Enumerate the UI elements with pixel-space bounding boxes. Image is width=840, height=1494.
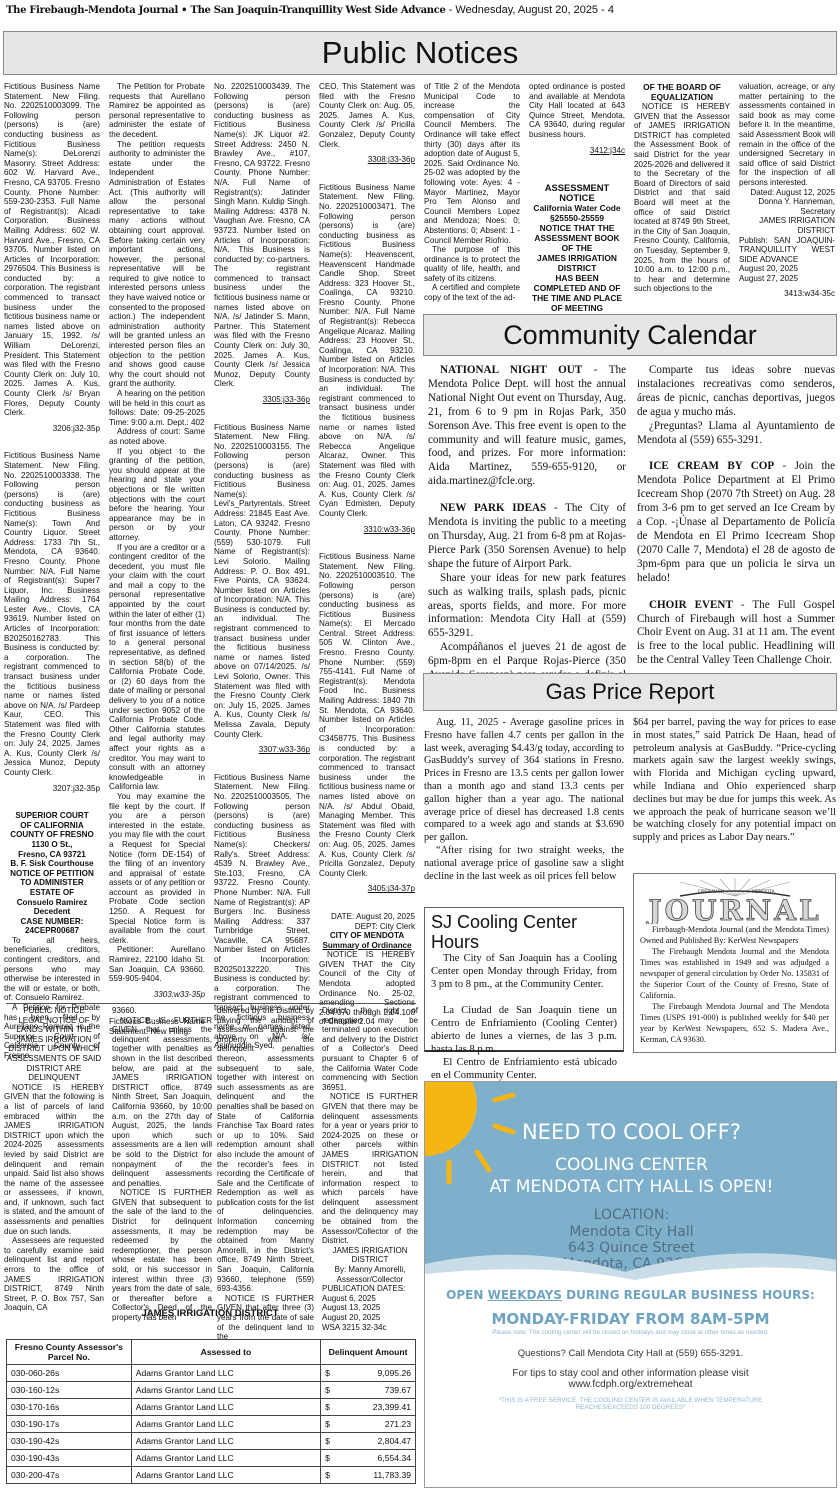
notice-tag: 3310:w33-36p [319, 525, 415, 535]
svg-text:JOURNAL: JOURNAL [645, 894, 821, 924]
notice-tag: 3207:j32-35p [4, 784, 100, 794]
gas-report-text: Aug. 11, 2025 - Average gasoline prices … [424, 717, 624, 845]
ad-note: Please note: The cooling center will be … [425, 1329, 836, 1336]
sj-cooling-text: La Ciudad de San Joaquin tiene un Centro… [431, 1004, 617, 1056]
col-header-amount: Delinquent Amount [321, 1340, 416, 1365]
delinquent-amount: $2,804.47 [321, 1433, 416, 1450]
svg-text:MENDOTA: MENDOTA [752, 889, 775, 895]
gas-report-text: “After rising for two straight weeks, th… [424, 845, 624, 883]
delinquent-amount: $6,554.34 [321, 1450, 416, 1467]
event-ice-cream-by-cop: ICE CREAM BY COP - Join the Mendota Poli… [637, 460, 835, 585]
notice-column-1: Fictitious Business Name Statement. New … [4, 82, 100, 1061]
fbn-delorenzi: Fictitious Business Name Statement. New … [4, 82, 100, 418]
ordinance-text: The purpose of this ordinance is to prot… [424, 245, 520, 283]
assessed-owner: Adams Grantor Land LLC [131, 1382, 320, 1399]
irrigation-column-2: 93660. NOTICE IS FURTHER GIVEN that unle… [112, 1006, 212, 1323]
section-title-gas-price: Gas Price Report [546, 679, 715, 704]
irrigation-text: Assessees are requested to carefully exa… [4, 1236, 104, 1313]
ordinance-text: opted ordinance is posted and available … [529, 82, 625, 140]
probate-text: The petition requests authority to admin… [109, 140, 205, 389]
masthead: The Firebaugh-Mendota Journal • The San … [6, 4, 614, 16]
table-row: 030-060-26s Adams Grantor Land LLC $9,09… [7, 1365, 416, 1382]
fbn-jk-liquor: No. 2202510003439. The Following person … [214, 82, 310, 389]
ad-subhead: AT MENDOTA CITY HALL IS OPEN! [425, 1177, 836, 1197]
paper-names: The Firebaugh-Mendota Journal • The San … [6, 5, 446, 16]
irrigation-text: NOTICE IS FURTHER GIVEN that there may b… [322, 1092, 418, 1246]
event-text: Comparte tus ideas sobre nuevas instalac… [637, 364, 835, 420]
sj-cooling-box: SJ Cooling Center Hours The City of San … [424, 907, 624, 1052]
ad-website-link[interactable]: www.fcdph.org/extremeheat [425, 1379, 836, 1390]
fbn-levis-partyrentals: Fictitious Business Name Statement. New … [214, 423, 310, 740]
fbn-el-mercado: Fictitious Business Name Statement. New … [319, 552, 415, 878]
delinquent-table: Fresno County Assessor's Parcel No. Asse… [6, 1339, 416, 1484]
assessed-owner: Adams Grantor Land LLC [131, 1399, 320, 1416]
notice-column-2: The Petition for Probate requests that A… [109, 82, 205, 1037]
probate-hearing: A hearing on the petition will be held i… [109, 389, 205, 427]
table-row: 030-170-16s Adams Grantor Land LLC $23,3… [7, 1399, 416, 1416]
assessed-owner: Adams Grantor Land LLC [131, 1450, 320, 1467]
gas-price-banner: Gas Price Report [423, 673, 837, 711]
probate-text: If you are a creditor or a contingent cr… [109, 543, 205, 792]
delinquent-amount: $739.67 [321, 1382, 416, 1399]
event-text: ¿Preguntas? Llama al Ayuntamiento de Men… [637, 420, 835, 448]
cooling-center-ad: NEED TO COOL OFF? COOLING CENTER AT MEND… [424, 1081, 837, 1488]
delinquent-amount: $271.23 [321, 1416, 416, 1433]
ad-headline: NEED TO COOL OFF? [425, 1120, 836, 1144]
table-row: 030-160-12s Adams Grantor Land LLC $739.… [7, 1382, 416, 1399]
journal-logo: JOURNAL FIREBAUGH MENDOTA [640, 878, 829, 924]
issue-date-page: - Wednesday, August 20, 2025 - 4 [446, 4, 614, 16]
assessed-owner: Adams Grantor Land LLC [131, 1416, 320, 1433]
irrigation-text: NOTICE IS FURTHER GIVEN that unless the … [112, 1016, 212, 1189]
notice-column-8: valuation, acreage, or any matter pertai… [739, 82, 835, 299]
parcel-number: 030-170-16s [7, 1399, 132, 1416]
board-of-equalization-heading: OF THE BOARD OF EQUALIZATION [634, 82, 730, 102]
ordinance-dept: DEPT: City Clerk [319, 922, 415, 932]
parcel-number: 030-200-47s [7, 1467, 132, 1484]
irrigation-notice-heading: PUBLIC NOTICE LEGAL NOTICE OF LANDS WITH… [4, 1006, 104, 1083]
notice-dated: Dated: August 12, 2025 [739, 188, 835, 198]
spacer [431, 991, 617, 1004]
assessed-owner: Adams Grantor Land LLC [131, 1365, 320, 1382]
delinquent-amount: $23,399.41 [321, 1399, 416, 1416]
irrigation-text: delivered by the District, by paying the… [217, 1006, 314, 1294]
notice-publish: Publish: SAN JOAQUIN-TRANQUILLITY WEST S… [739, 236, 835, 265]
irrigation-text: NOTICE IS HEREBY GIVEN that the followin… [4, 1083, 104, 1237]
notice-column-5: of Title 2 of the Mendota Municipal Code… [424, 82, 520, 303]
probate-p1: To all heirs, beneficiaries, creditors, … [4, 936, 100, 1003]
sj-cooling-text: The City of San Joaquin has a Cooling Ce… [431, 952, 617, 991]
ad-open-weekdays: OPEN WEEKDAYS DURING REGULAR BUSINESS HO… [425, 1288, 836, 1302]
delinquent-table-title: JAMES IRRIGATION DISTRICT [0, 1308, 420, 1319]
ad-footer: REACHES/EXCEEDS 100 DEGREES* [425, 1404, 836, 1411]
fbn-checkers-cont: CEO. This Statement was filed with the F… [319, 82, 415, 149]
notice-pub-date: August 20, 2025 [739, 264, 835, 274]
ad-location: Mendota City Hall [425, 1224, 836, 1240]
probate-text: If you object to the granting of the pet… [109, 447, 205, 543]
fbn-town-country-liquor: Fictitious Business Name Statement. New … [4, 451, 100, 777]
irrigation-column-3: delivered by the District, by paying the… [217, 1006, 314, 1342]
calendar-column-left: NATIONAL NIGHT OUT - The Mendota Police … [428, 364, 626, 697]
col-header-parcel: Fresno County Assessor's Parcel No. [7, 1340, 132, 1365]
ad-tips: For tips to stay cool and other informat… [425, 1368, 836, 1379]
notice-tag: 3308:j33-36p [319, 155, 415, 165]
parcel-number: 030-190-17s [7, 1416, 132, 1433]
notice-column-7: OF THE BOARD OF EQUALIZATION NOTICE IS H… [634, 82, 730, 294]
irrigation-column-4: District, the right of redemption may be… [322, 1006, 418, 1332]
journal-ownership: Firebaugh-Mendota Journal (and the Mendo… [640, 924, 829, 946]
parcel-number: 030-160-12s [7, 1382, 132, 1399]
journal-logo-sunburst-icon: JOURNAL FIREBAUGH MENDOTA [640, 878, 830, 924]
gas-column-left: Aug. 11, 2025 - Average gasoline prices … [424, 717, 624, 883]
notice-tag: 3413:w34-35c [739, 289, 835, 299]
ordinance-text: of Title 2 of the Mendota Municipal Code… [424, 82, 520, 245]
assessment-notice-text: NOTICE IS HEREBY GIVEN that the Assessor… [634, 102, 730, 294]
irrigation-signature: JAMES IRRIGATION DISTRICT By: Manny Amor… [322, 1246, 418, 1284]
notice-tag: 3307:w33-36p [214, 745, 310, 755]
calendar-column-right: Comparte tus ideas sobre nuevas instalac… [637, 364, 835, 668]
table-row: 030-200-47s Adams Grantor Land LLC $11,7… [7, 1467, 416, 1484]
ordinance-city: CITY OF MENDOTA [319, 931, 415, 941]
event-new-park-ideas: NEW PARK IDEAS - The City of Mendota is … [428, 502, 626, 572]
table-row: 030-190-17s Adams Grantor Land LLC $271.… [7, 1416, 416, 1433]
svg-text:FIREBAUGH: FIREBAUGH [698, 889, 724, 895]
assessment-notice-text: valuation, acreage, or any matter pertai… [739, 82, 835, 188]
irrigation-text: 93660. [112, 1006, 212, 1016]
gas-report-text: $64 per barrel, paving the way for price… [633, 717, 836, 845]
journal-publication-info: The Firebaugh Mendota Journal and The Me… [640, 1001, 829, 1045]
ad-hours: MONDAY-FRIDAY FROM 8AM-5PM [425, 1310, 836, 1328]
irrigation-text: District, the right of redemption may be… [322, 1006, 418, 1092]
ad-location-label: LOCATION: [425, 1207, 836, 1223]
ad-footer: *THIS IS A FREE SERVICE. THE COOLING CEN… [425, 1397, 836, 1404]
irrigation-text: NOTICE IS FURTHER GIVEN that subsequent … [112, 1188, 212, 1322]
ad-subhead: COOLING CENTER [425, 1155, 836, 1175]
journal-established: The Firebaugh Mendota Journal and the Me… [640, 946, 829, 1001]
notice-district: DISTRICT [739, 226, 835, 236]
ordinance-text: A certified and complete copy of the tex… [424, 283, 520, 302]
wave-decoration-icon [425, 1242, 836, 1280]
notice-tag: 3303:w33-35p [109, 990, 205, 1000]
notice-pub-date: August 27, 2025 [739, 274, 835, 284]
notice-signer-title: Secretary [739, 207, 835, 217]
notice-tag: 3412:j34c [529, 146, 625, 156]
notice-column-3: No. 2202510003439. The Following person … [214, 82, 310, 1051]
probate-heading: SUPERIOR COURT OF CALIFORNIA COUNTY OF F… [4, 811, 100, 936]
sj-cooling-title: SJ Cooling Center Hours [431, 912, 617, 952]
parcel-number: 030-060-26s [7, 1365, 132, 1382]
event-national-night-out: NATIONAL NIGHT OUT - The Mendota Police … [428, 364, 626, 489]
probate-text: Address of court: Same as noted above. [109, 427, 205, 446]
gas-column-right: $64 per barrel, paving the way for price… [633, 717, 836, 845]
notice-tag: 3305:j33-36p [214, 395, 310, 405]
assessment-notice-heading: ASSESSMENT NOTICE California Water Code … [529, 183, 625, 313]
notice-tag: 3405:j34-37p [319, 884, 415, 894]
assessed-owner: Adams Grantor Land LLC [131, 1433, 320, 1450]
sj-cooling-text: El Centro de Enfriamiento está ubicado e… [431, 1056, 617, 1082]
notice-signer: Donna Y. Hanneman, [739, 197, 835, 207]
delinquent-amount: $11,783.39 [321, 1467, 416, 1484]
event-choir: CHOIR EVENT - The Full Gospel Church of … [637, 599, 835, 669]
ordinance-date: DATE: August 20, 2025 [319, 912, 415, 922]
probate-text: The Petition for Probate requests that A… [109, 82, 205, 140]
ad-questions: Questions? Call Mendota City Hall at (55… [425, 1348, 836, 1359]
journal-info-box: JOURNAL FIREBAUGH MENDOTA Firebaugh-Mend… [633, 873, 836, 1053]
table-row: 030-190-43s Adams Grantor Land LLC $6,55… [7, 1450, 416, 1467]
notice-column-6: opted ordinance is posted and available … [529, 82, 625, 313]
parcel-number: 030-190-43s [7, 1450, 132, 1467]
section-title-community-calendar: Community Calendar [503, 320, 757, 350]
col-header-assessed-to: Assessed to [131, 1340, 320, 1365]
notice-column-4: CEO. This Statement was filed with the F… [319, 82, 415, 1027]
table-header-row: Fresno County Assessor's Parcel No. Asse… [7, 1340, 416, 1365]
event-text: Share your ideas for new park features s… [428, 572, 626, 642]
ad-sky-panel: NEED TO COOL OFF? COOLING CENTER AT MEND… [425, 1082, 836, 1280]
probate-text: You may examine the file kept by the cou… [109, 792, 205, 946]
delinquent-amount: $9,095.26 [321, 1365, 416, 1382]
section-divider [6, 1003, 416, 1004]
notice-tag: 3206:j32-35p [4, 424, 100, 434]
fbn-heavenscent: Fictitious Business Name Statement. New … [319, 183, 415, 519]
section-title-public-notices: Public Notices [322, 35, 518, 70]
assessed-owner: Adams Grantor Land LLC [131, 1467, 320, 1484]
parcel-number: 030-190-42s [7, 1433, 132, 1450]
ordinance-summary-heading: Summary of Ordinance [319, 941, 415, 951]
community-calendar-banner: Community Calendar [423, 314, 837, 356]
probate-petitioner: Petitioner: Aurellano Ramirez, 22100 Ida… [109, 945, 205, 983]
table-row: 030-190-42s Adams Grantor Land LLC $2,80… [7, 1433, 416, 1450]
notice-district: JAMES IRRIGATION [739, 216, 835, 226]
irrigation-column-1: PUBLIC NOTICE LEGAL NOTICE OF LANDS WITH… [4, 1006, 104, 1313]
public-notices-banner: Public Notices [3, 31, 837, 75]
